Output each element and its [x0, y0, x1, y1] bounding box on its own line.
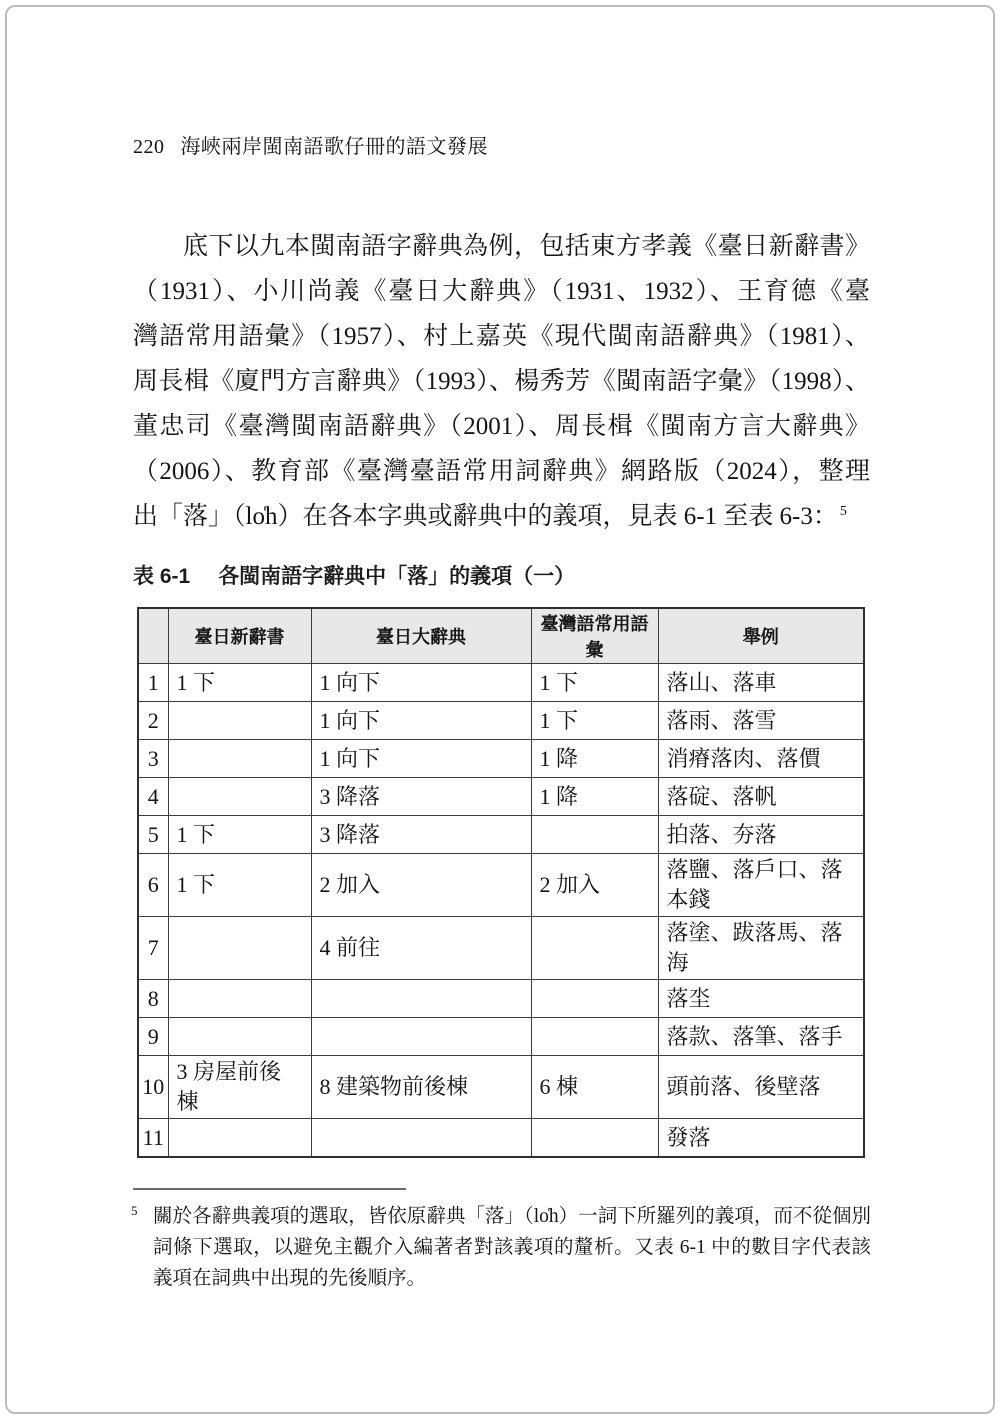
table-cell: 2 加入	[311, 854, 531, 917]
page-header: 220海峽兩岸閩南語歌仔冊的語文發展	[133, 130, 488, 159]
table-cell: 拍落、夯落	[658, 816, 864, 854]
table-cell: 1 降	[531, 778, 658, 816]
footnote-marker: 5	[131, 1201, 153, 1221]
table-cell: 8 建築物前後棟	[311, 1056, 531, 1119]
table-cell	[168, 778, 311, 816]
table-cell: 1 降	[531, 740, 658, 778]
table-cell	[168, 1119, 311, 1158]
table-row: 5 1 下 3 降落 拍落、夯落	[138, 816, 864, 854]
page-number: 220	[133, 136, 165, 158]
table-row: 7 4 前往 落塗、跋落馬、落海	[138, 917, 864, 980]
table-cell: 1 下	[531, 664, 658, 702]
table-caption-title: 各閩南語字辭典中「落」的義項（一）	[218, 565, 575, 588]
column-header	[138, 608, 168, 664]
dictionary-senses-table: 臺日新辭書 臺日大辭典 臺灣語常用語彙 舉例 1 1 下 1 向下 1 下 落山…	[137, 607, 865, 1158]
running-title: 海峽兩岸閩南語歌仔冊的語文發展	[181, 136, 489, 158]
table-caption-label: 表 6-1	[133, 565, 190, 588]
table-cell	[311, 1119, 531, 1158]
row-number-cell: 9	[138, 1018, 168, 1056]
paragraph-line: 底下以九本閩南語字辭典為例，包括東方孝義《臺日新辭書》	[133, 224, 870, 269]
table-cell: 頭前落、後壁落	[658, 1056, 864, 1119]
footnote: 5 關於各辭典義項的選取，皆依原辭典「落」（lo̍h）一詞下所羅列的義項，而不從…	[131, 1201, 871, 1294]
table-cell: 4 前往	[311, 917, 531, 980]
table-cell: 1 下	[168, 816, 311, 854]
table-cell	[531, 917, 658, 980]
table-cell	[311, 1018, 531, 1056]
table-cell	[168, 980, 311, 1018]
table-cell	[311, 980, 531, 1018]
table-cell	[168, 740, 311, 778]
table-row: 4 3 降落 1 降 落碇、落帆	[138, 778, 864, 816]
table-cell: 2 加入	[531, 854, 658, 917]
table-cell: 1 下	[168, 854, 311, 917]
row-number-cell: 1	[138, 664, 168, 702]
row-number-cell: 7	[138, 917, 168, 980]
table-cell	[531, 1018, 658, 1056]
paragraph-line: （2006）、教育部《臺灣臺語常用詞辭典》網路版（2024），整理	[133, 449, 870, 494]
table-cell: 落鹽、落戶口、落本錢	[658, 854, 864, 917]
table-caption: 表 6-1各閩南語字辭典中「落」的義項（一）	[133, 560, 575, 590]
table-row: 11 發落	[138, 1119, 864, 1158]
table-cell: 落塗、跋落馬、落海	[658, 917, 864, 980]
row-number-cell: 3	[138, 740, 168, 778]
table-cell: 3 房屋前後棟	[168, 1056, 311, 1119]
table-row: 1 1 下 1 向下 1 下 落山、落車	[138, 664, 864, 702]
footnote-separator	[133, 1188, 406, 1190]
table-row: 6 1 下 2 加入 2 加入 落鹽、落戶口、落本錢	[138, 854, 864, 917]
table-cell: 1 向下	[311, 702, 531, 740]
table-cell: 1 向下	[311, 664, 531, 702]
paragraph-line: 灣語常用語彙》（1957）、村上嘉英《現代閩南語辭典》（1981）、	[133, 314, 870, 359]
row-number-cell: 5	[138, 816, 168, 854]
table-row: 9 落款、落筆、落手	[138, 1018, 864, 1056]
row-number-cell: 8	[138, 980, 168, 1018]
table-row: 10 3 房屋前後棟 8 建築物前後棟 6 棟 頭前落、後壁落	[138, 1056, 864, 1119]
row-number-cell: 2	[138, 702, 168, 740]
table-cell: 消瘠落肉、落價	[658, 740, 864, 778]
table-cell: 3 降落	[311, 778, 531, 816]
column-header: 臺灣語常用語彙	[531, 608, 658, 664]
table-cell: 6 棟	[531, 1056, 658, 1119]
table-cell	[168, 702, 311, 740]
paragraph-line: （1931）、小川尚義《臺日大辭典》（1931、1932）、王育德《臺	[133, 269, 870, 314]
row-number-cell: 4	[138, 778, 168, 816]
paragraph-line-text: 出「落」（lo̍h）在各本字典或辭典中的義項，見表 6-1 至表 6-3：	[133, 503, 838, 530]
table-row: 8 落坔	[138, 980, 864, 1018]
table-cell: 落雨、落雪	[658, 702, 864, 740]
column-header: 舉例	[658, 608, 864, 664]
table-cell: 3 降落	[311, 816, 531, 854]
column-header: 臺日大辭典	[311, 608, 531, 664]
row-number-cell: 10	[138, 1056, 168, 1119]
footnote-text: 關於各辭典義項的選取，皆依原辭典「落」（lo̍h）一詞下所羅列的義項，而不從個別…	[153, 1201, 871, 1294]
footnote-ref: 5	[840, 504, 847, 519]
table-row: 2 1 向下 1 下 落雨、落雪	[138, 702, 864, 740]
paragraph-line: 周長楫《廈門方言辭典》（1993）、楊秀芳《閩南語字彙》（1998）、	[133, 359, 870, 404]
paragraph-line: 董忠司《臺灣閩南語辭典》（2001）、周長楫《閩南方言大辭典》	[133, 404, 870, 449]
table-cell	[168, 1018, 311, 1056]
table-header-row: 臺日新辭書 臺日大辭典 臺灣語常用語彙 舉例	[138, 608, 864, 664]
row-number-cell: 6	[138, 854, 168, 917]
table-cell: 落坔	[658, 980, 864, 1018]
table-cell: 1 下	[168, 664, 311, 702]
body-paragraph: 底下以九本閩南語字辭典為例，包括東方孝義《臺日新辭書》 （1931）、小川尚義《…	[133, 224, 870, 539]
table-cell: 1 下	[531, 702, 658, 740]
table-cell	[168, 917, 311, 980]
table-cell: 1 向下	[311, 740, 531, 778]
table-cell: 落山、落車	[658, 664, 864, 702]
table-cell: 落款、落筆、落手	[658, 1018, 864, 1056]
table-cell: 發落	[658, 1119, 864, 1158]
row-number-cell: 11	[138, 1119, 168, 1158]
column-header: 臺日新辭書	[168, 608, 311, 664]
table-cell: 落碇、落帆	[658, 778, 864, 816]
table-cell	[531, 980, 658, 1018]
table-cell	[531, 1119, 658, 1158]
paragraph-line: 出「落」（lo̍h）在各本字典或辭典中的義項，見表 6-1 至表 6-3：5	[133, 494, 870, 539]
table-cell	[531, 816, 658, 854]
table-row: 3 1 向下 1 降 消瘠落肉、落價	[138, 740, 864, 778]
